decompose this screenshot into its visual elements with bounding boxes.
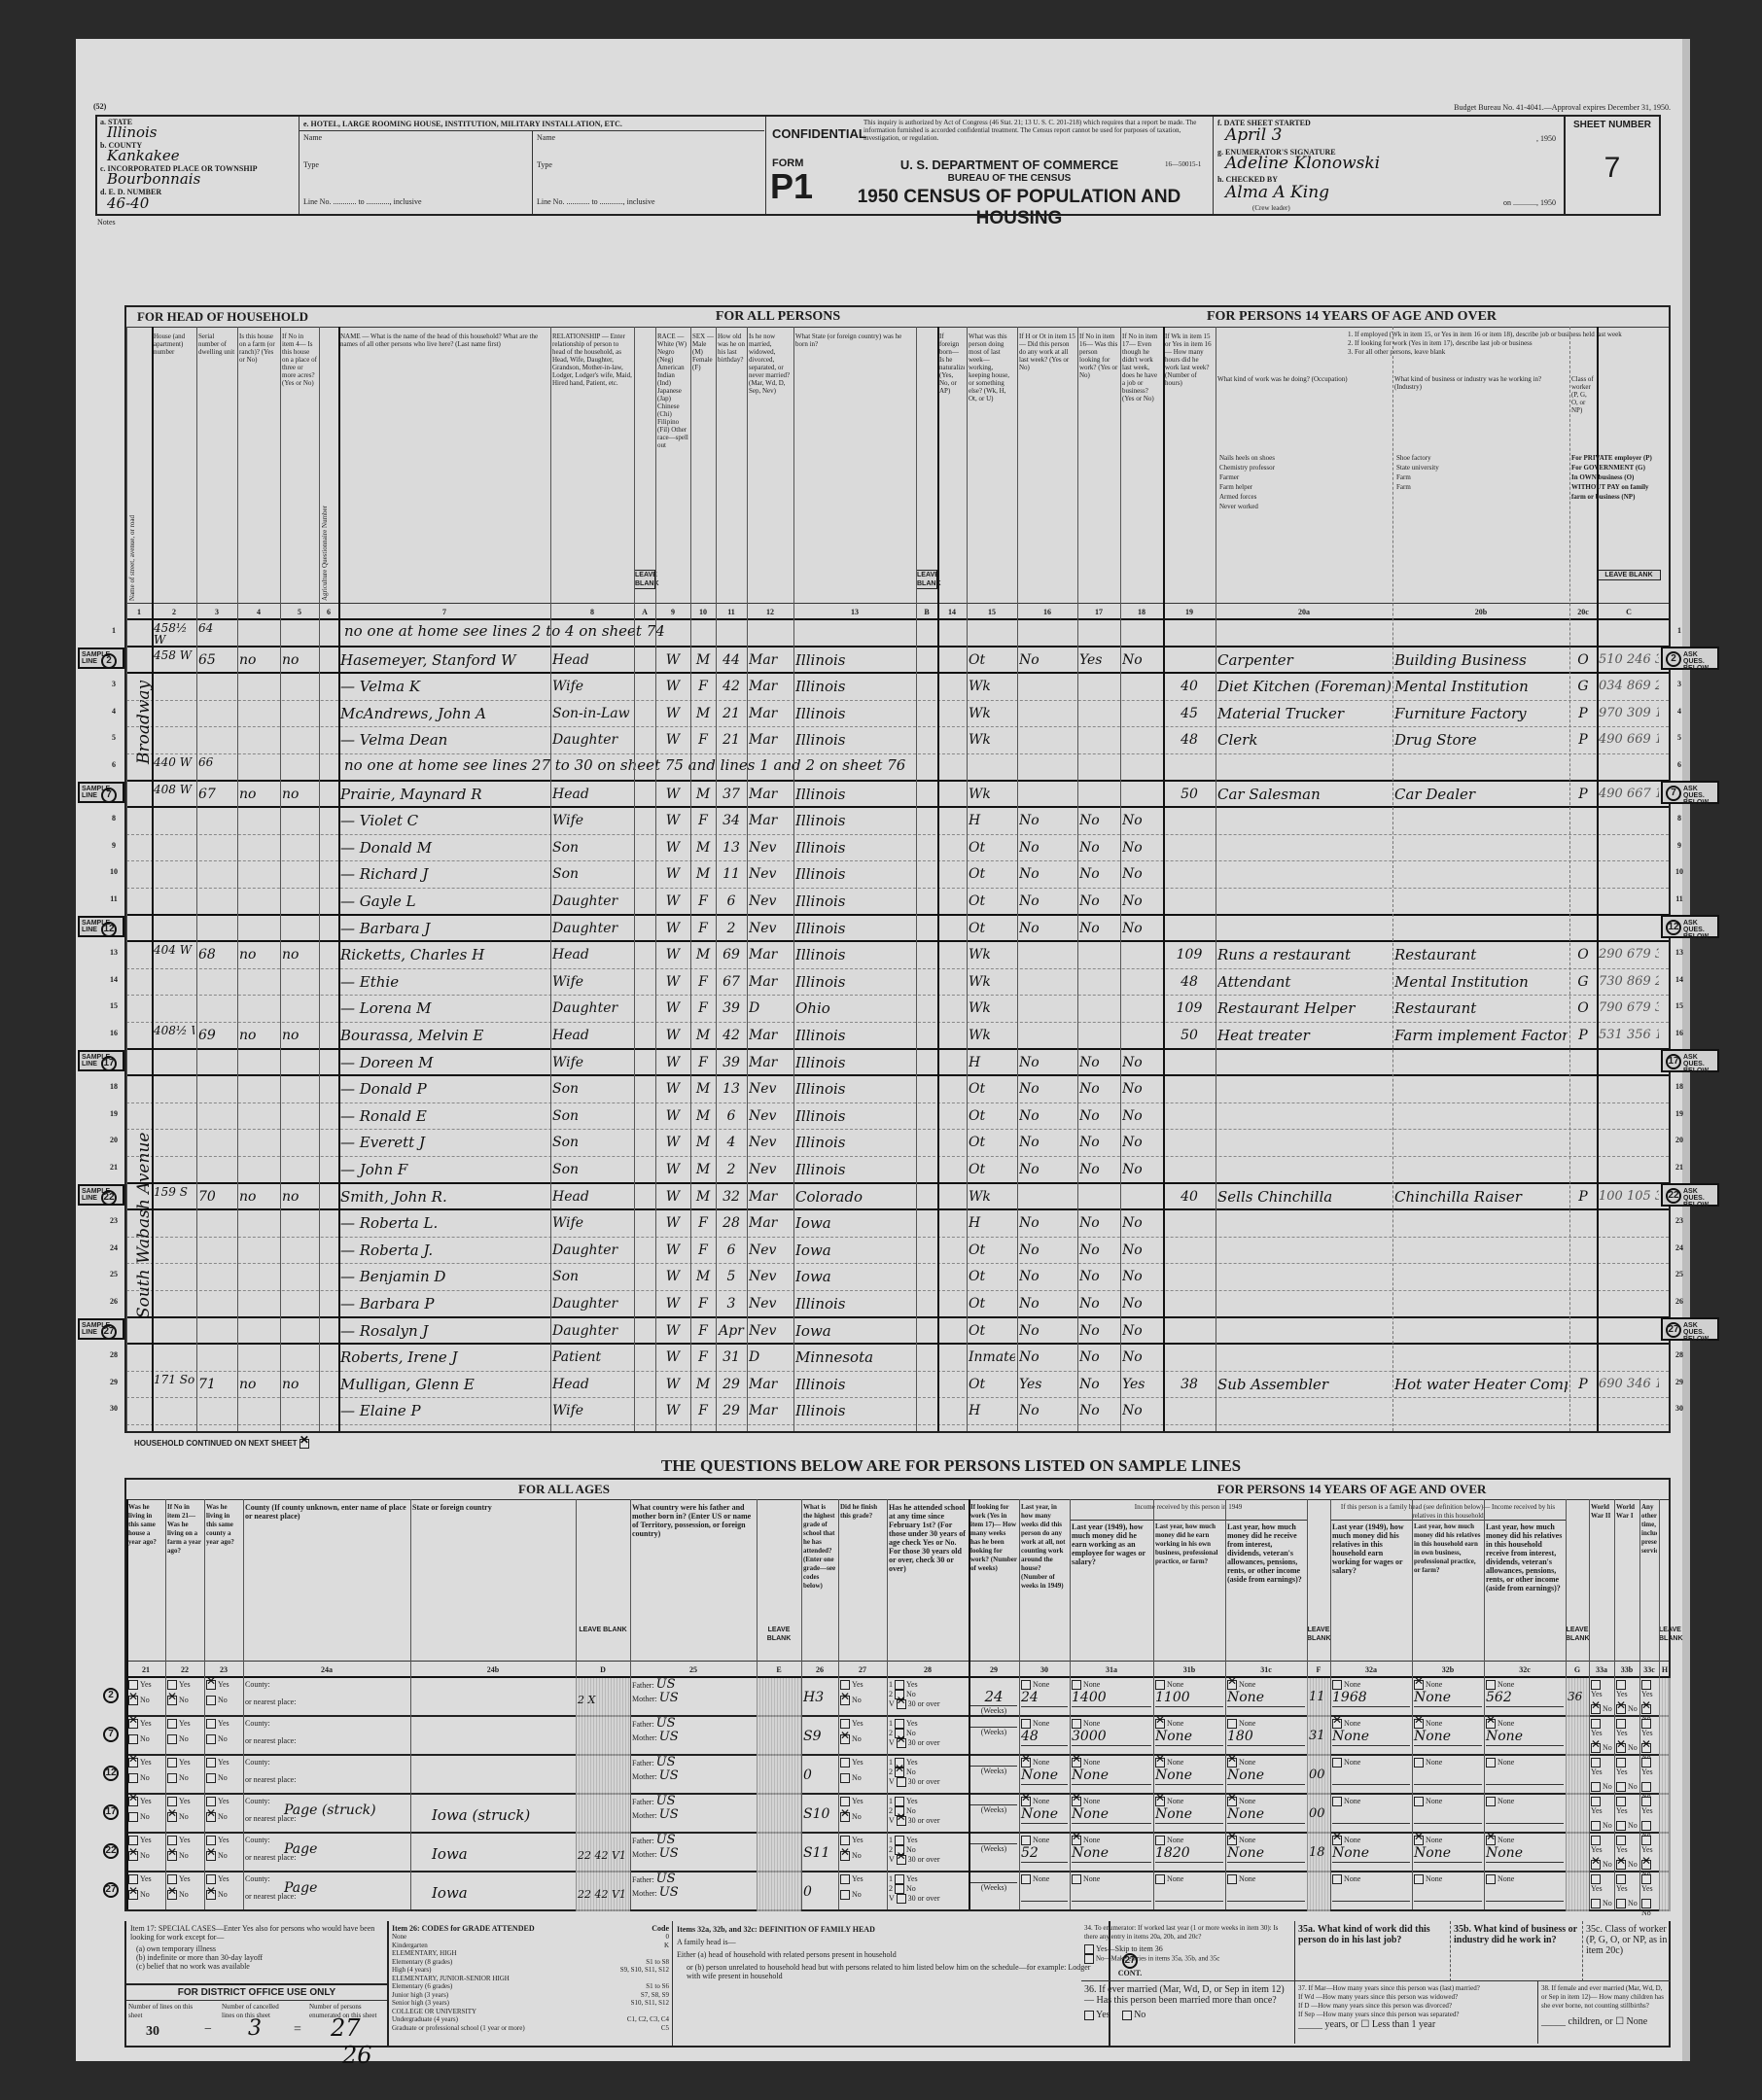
q21-no-checkbox[interactable] xyxy=(128,1773,138,1783)
county-value: Kankakee xyxy=(107,147,180,164)
q22-yes-checkbox[interactable] xyxy=(167,1836,177,1845)
q22-no-checkbox[interactable] xyxy=(167,1696,177,1705)
cell-activity: Wk xyxy=(969,973,1015,991)
q21-yes-checkbox[interactable] xyxy=(128,1680,138,1690)
school-yes[interactable] xyxy=(895,1680,904,1690)
q23-no-checkbox[interactable] xyxy=(206,1773,216,1783)
school-yes[interactable] xyxy=(895,1797,904,1806)
line-number: 20 xyxy=(1671,1136,1688,1144)
lower-heading-q32a: Last year (1949), how much money did his… xyxy=(1332,1522,1410,1659)
other_service-no-checkbox[interactable] xyxy=(1641,1743,1651,1753)
cell-born: Illinois xyxy=(795,1295,914,1312)
q22-no-checkbox[interactable] xyxy=(167,1890,177,1900)
lower-colnum-q23: 23 xyxy=(204,1665,243,1674)
rel_other-none[interactable] xyxy=(1486,1719,1496,1729)
q23-yes-checkbox[interactable] xyxy=(206,1874,216,1884)
rel_business-amount xyxy=(1414,1767,1482,1785)
q23-no-checkbox[interactable] xyxy=(206,1812,216,1822)
cell-sex: M xyxy=(692,705,714,722)
cell-age: 32 xyxy=(718,1188,745,1206)
cell-born: Ohio xyxy=(795,999,914,1017)
rel_business-none[interactable] xyxy=(1414,1680,1424,1690)
cell-race: W xyxy=(657,999,688,1017)
cell-born: Colorado xyxy=(795,1188,914,1206)
q22-yes-checkbox[interactable] xyxy=(167,1874,177,1884)
cell-born: Illinois xyxy=(795,1134,914,1151)
cell-born: Illinois xyxy=(795,1376,914,1393)
business-none[interactable] xyxy=(1155,1874,1165,1884)
colnum-c5: 5 xyxy=(280,608,319,616)
lower-colnum-q32a: 32a xyxy=(1330,1665,1412,1674)
other_service-yes-checkbox[interactable] xyxy=(1641,1836,1651,1845)
q36-no[interactable] xyxy=(1122,2011,1132,2020)
wages-amount: None xyxy=(1072,1767,1151,1785)
other_service-no-checkbox[interactable] xyxy=(1641,1782,1651,1792)
cell-looking: No xyxy=(1079,1134,1118,1151)
institution-label: e. HOTEL, LARGE ROOMING HOUSE, INSTITUTI… xyxy=(303,120,622,128)
cell-race: W xyxy=(657,865,688,883)
school-30-over[interactable] xyxy=(897,1855,906,1865)
q23-yes-checkbox[interactable] xyxy=(206,1797,216,1806)
cell-sex: F xyxy=(692,678,714,695)
institution-box: e. HOTEL, LARGE ROOMING HOUSE, INSTITUTI… xyxy=(300,117,766,214)
finish-yes-checkbox[interactable] xyxy=(840,1836,850,1845)
lower-colnum-F: F xyxy=(1307,1665,1330,1674)
school-30-over[interactable] xyxy=(897,1738,906,1748)
lower-heading-q27: Did he finish this grade? xyxy=(840,1503,885,1639)
class-of-worker-option: For GOVERNMENT (G) xyxy=(1571,463,1661,472)
finish-yes-checkbox[interactable] xyxy=(840,1797,850,1806)
finish-yes-checkbox[interactable] xyxy=(840,1719,850,1729)
line-number: 25 xyxy=(1671,1270,1688,1278)
cell-born: Illinois xyxy=(795,731,914,749)
q22-yes-checkbox[interactable] xyxy=(167,1719,177,1729)
cell-mar: Mar xyxy=(749,731,792,749)
business-none[interactable] xyxy=(1155,1836,1165,1845)
ww2-yes-checkbox[interactable] xyxy=(1591,1758,1601,1767)
wages-none[interactable] xyxy=(1072,1874,1081,1884)
rel_other-amount: None xyxy=(1486,1729,1564,1746)
cell-ind: Restaurant xyxy=(1394,946,1568,963)
grade-codes: Item 26: CODES for GRADE ATTENDEDCode No… xyxy=(389,1921,673,2046)
weeks_worked-amount: None xyxy=(1021,1806,1068,1824)
cell-name: — Lorena M xyxy=(340,999,548,1017)
cell-age: Apr xyxy=(718,1322,745,1340)
business-none[interactable] xyxy=(1155,1797,1165,1806)
cell-age: 6 xyxy=(718,1107,745,1125)
lower-heading-q22: If No in item 21— Was he living on a far… xyxy=(167,1503,202,1639)
code-d: 22 42 V1 xyxy=(578,1849,628,1862)
ask-questions-tag: 7ASK QUES. BELOW xyxy=(1661,781,1719,804)
heading-c11: How old was he on his last birthday? xyxy=(718,332,745,601)
ww2-no-checkbox[interactable] xyxy=(1591,1899,1601,1908)
rel_business-none[interactable] xyxy=(1414,1797,1424,1806)
checked-by-signature: Alma A King xyxy=(1225,183,1329,202)
cell-born: Illinois xyxy=(795,892,914,910)
state-answer: Iowa xyxy=(432,1845,574,1863)
cell-looking: No xyxy=(1079,1348,1118,1366)
school-yes[interactable] xyxy=(895,1874,904,1884)
finish-no-checkbox[interactable] xyxy=(840,1734,850,1744)
rel_other-none[interactable] xyxy=(1486,1836,1496,1845)
grade-answer: H3 xyxy=(803,1690,836,1705)
household-continued-checkbox[interactable] xyxy=(300,1439,309,1449)
wages-none[interactable] xyxy=(1072,1719,1081,1729)
ww2-yes-checkbox[interactable] xyxy=(1591,1836,1601,1845)
wages-none[interactable] xyxy=(1072,1680,1081,1690)
cell-age: 5 xyxy=(718,1268,745,1285)
grade-code-row: Undergraduate (4 years)C1, C2, C3, C4 xyxy=(392,2015,669,2024)
rel_wages-none[interactable] xyxy=(1332,1874,1342,1884)
other_service-no-checkbox[interactable] xyxy=(1641,1899,1651,1908)
grade-code-row: Senior high (3 years)S10, S11, S12 xyxy=(392,1999,669,2008)
cell-ind: Farm implement Factory xyxy=(1394,1027,1568,1044)
cell-acres: no xyxy=(282,946,317,963)
ww1-no-checkbox[interactable] xyxy=(1616,1743,1626,1753)
finish-yes-checkbox[interactable] xyxy=(840,1874,850,1884)
other_service-yes-checkbox[interactable] xyxy=(1641,1719,1651,1729)
cell-activity: H xyxy=(969,1402,1015,1419)
school-no[interactable] xyxy=(895,1767,904,1777)
heading-c12: Is he now married, widowed, divorced, se… xyxy=(749,332,792,601)
cell-occ: Attendant xyxy=(1217,973,1391,991)
cell-c: 290 679 3 xyxy=(1599,946,1659,963)
cell-born: Illinois xyxy=(795,946,914,963)
q21-no-checkbox[interactable] xyxy=(128,1734,138,1744)
business-none[interactable] xyxy=(1155,1680,1165,1690)
finish-no-checkbox[interactable] xyxy=(840,1773,850,1783)
cell-looking: No xyxy=(1079,1376,1118,1393)
date-value: April 3 xyxy=(1225,125,1282,145)
ww2-yes-checkbox[interactable] xyxy=(1591,1874,1601,1884)
cell-hours: 109 xyxy=(1165,999,1214,1017)
q34-no[interactable] xyxy=(1084,1954,1094,1964)
q23-no-checkbox[interactable] xyxy=(206,1890,216,1900)
cell-hours: 50 xyxy=(1165,1027,1214,1044)
grade-answer: S10 xyxy=(803,1806,836,1822)
cell-activity: Ot xyxy=(969,1295,1015,1312)
lower-colnum-q33a: 33a xyxy=(1589,1665,1614,1674)
colnum-c13: 13 xyxy=(793,608,916,616)
weeks_worked-none[interactable] xyxy=(1021,1758,1031,1767)
school-yes[interactable] xyxy=(895,1836,904,1845)
school-30-over[interactable] xyxy=(897,1894,906,1904)
wages-amount: 1400 xyxy=(1072,1690,1151,1707)
rel_business-none[interactable] xyxy=(1414,1719,1424,1729)
rel_business-none[interactable] xyxy=(1414,1758,1424,1767)
cell-name: — Velma Dean xyxy=(340,731,548,749)
ww2-no-checkbox[interactable] xyxy=(1591,1860,1601,1870)
cell-mar: Nev xyxy=(749,839,792,857)
cell-born: Illinois xyxy=(795,1161,914,1178)
q23-no-checkbox[interactable] xyxy=(206,1734,216,1744)
weeks_worked-none[interactable] xyxy=(1021,1719,1031,1729)
header-block: a. STATE Illinois b. COUNTY Kankakee c. … xyxy=(95,115,1661,216)
cell-c: 100 105 3 xyxy=(1599,1188,1659,1206)
ww1-yes-checkbox[interactable] xyxy=(1616,1874,1626,1884)
cell-mar: Mar xyxy=(749,786,792,803)
cell-rel: Son xyxy=(552,1161,632,1178)
lower-colnum-q33b: 33b xyxy=(1614,1665,1639,1674)
school-30-over[interactable] xyxy=(897,1699,906,1709)
line-number: 26 xyxy=(1671,1297,1688,1306)
example-industry: State university xyxy=(1396,463,1566,472)
weeks_worked-amount: 48 xyxy=(1021,1729,1068,1746)
q22-yes-checkbox[interactable] xyxy=(167,1680,177,1690)
q23-yes-checkbox[interactable] xyxy=(206,1758,216,1767)
cell-activity: Ot xyxy=(969,865,1015,883)
colnum-c11: 11 xyxy=(716,608,747,616)
ww1-yes-checkbox[interactable] xyxy=(1616,1719,1626,1729)
heading-c6: Agriculture Questionnaire Number xyxy=(321,332,336,601)
population-table: FOR HEAD OF HOUSEHOLD FOR ALL PERSONS FO… xyxy=(124,305,1671,1433)
q35b: 35b. What kind of business or industry d… xyxy=(1451,1921,1583,1981)
cell-born: Illinois xyxy=(795,839,914,857)
school-yes[interactable] xyxy=(895,1719,904,1729)
example-industry: Farm xyxy=(1396,482,1566,492)
other_service-no-checkbox[interactable] xyxy=(1641,1821,1651,1831)
ww2-no-checkbox[interactable] xyxy=(1591,1743,1601,1753)
cell-age: 2 xyxy=(718,1161,745,1178)
q21-yes-checkbox[interactable] xyxy=(128,1719,138,1729)
confidential-text: This inquiry is authorized by Act of Con… xyxy=(863,119,1209,142)
lines-value: 30 xyxy=(146,2024,159,2040)
q21-no-checkbox[interactable] xyxy=(128,1851,138,1861)
cell-rel: Son xyxy=(552,1080,632,1098)
weeks_worked-none[interactable] xyxy=(1021,1797,1031,1806)
cell-job: No xyxy=(1122,651,1161,669)
school-30-over[interactable] xyxy=(897,1816,906,1826)
cell-race: W xyxy=(657,1107,688,1125)
line-number: 23 xyxy=(105,1216,123,1225)
wages-none[interactable] xyxy=(1072,1836,1081,1845)
school-no[interactable] xyxy=(895,1884,904,1894)
cell-rel: Son xyxy=(552,1268,632,1285)
page-ref: (52) xyxy=(93,102,106,111)
other-none[interactable] xyxy=(1227,1874,1237,1884)
business-amount: 1100 xyxy=(1155,1690,1223,1707)
line-number: 6 xyxy=(105,760,123,769)
cell-activity: Wk xyxy=(969,1027,1015,1044)
cell-age: 42 xyxy=(718,678,745,695)
other-none[interactable] xyxy=(1227,1836,1237,1845)
cell-serial: 70 xyxy=(198,1188,235,1206)
other-none[interactable] xyxy=(1227,1758,1237,1767)
ww2-no-checkbox[interactable] xyxy=(1591,1782,1601,1792)
other_service-no-checkbox[interactable] xyxy=(1641,1860,1651,1870)
cell-acres: no xyxy=(282,1376,317,1393)
heading-c13: What State (or foreign country) was he b… xyxy=(795,332,914,601)
rel_wages-amount xyxy=(1332,1767,1410,1785)
line-number: 20 xyxy=(105,1136,123,1144)
cell-born: Illinois xyxy=(795,1027,914,1044)
wages-none[interactable] xyxy=(1072,1758,1081,1767)
ask-questions-tag: 22ASK QUES. BELOW xyxy=(1661,1183,1719,1207)
cell-looking: No xyxy=(1079,920,1118,937)
cell-sex: M xyxy=(692,1161,714,1178)
q23-no-checkbox[interactable] xyxy=(206,1851,216,1861)
cell-rel: Daughter xyxy=(552,999,632,1017)
cell-looking: No xyxy=(1079,892,1118,910)
q34-yes[interactable] xyxy=(1084,1944,1094,1954)
weeks_worked-none[interactable] xyxy=(1021,1680,1031,1690)
cell-activity: Ot xyxy=(969,1107,1015,1125)
line-number: 19 xyxy=(105,1109,123,1118)
line-number: 26 xyxy=(105,1297,123,1306)
cell-activity: Ot xyxy=(969,1242,1015,1259)
q21-no-checkbox[interactable] xyxy=(128,1890,138,1900)
lower-colnum-q29: 29 xyxy=(969,1665,1019,1674)
business-amount: None xyxy=(1155,1729,1223,1746)
q38-answer[interactable]: _____ children, or ☐ None xyxy=(1541,2016,1668,2027)
rel_business-none[interactable] xyxy=(1414,1836,1424,1845)
q21-yes-checkbox[interactable] xyxy=(128,1797,138,1806)
rel_other-none[interactable] xyxy=(1486,1680,1496,1690)
cell-activity: Ot xyxy=(969,1080,1015,1098)
line-number: 21 xyxy=(1671,1163,1688,1172)
cell-activity: H xyxy=(969,1214,1015,1232)
census-sheet: (52) Budget Bureau No. 41-4041.—Approval… xyxy=(76,39,1690,2061)
q22-no-checkbox[interactable] xyxy=(167,1851,177,1861)
inst-name-2: Name xyxy=(533,131,764,144)
line-number: 14 xyxy=(105,975,123,984)
q21-yes-checkbox[interactable] xyxy=(128,1874,138,1884)
ww2-no-checkbox[interactable] xyxy=(1591,1704,1601,1714)
q23-yes-checkbox[interactable] xyxy=(206,1719,216,1729)
colnum-c1: 1 xyxy=(126,608,152,616)
q37-answer[interactable]: _____ years, or ☐ Less than 1 year xyxy=(1298,2019,1534,2030)
ww2-yes-checkbox[interactable] xyxy=(1591,1719,1601,1729)
cell-rel: Daughter xyxy=(552,920,632,937)
cell-race: W xyxy=(657,1322,688,1340)
lower-heading-q28: Has he attended school at any time since… xyxy=(889,1503,967,1639)
finish-no-checkbox[interactable] xyxy=(840,1812,850,1822)
ww1-no-checkbox[interactable] xyxy=(1616,1860,1626,1870)
line-number: 15 xyxy=(1671,1001,1688,1010)
cell-activity: Ot xyxy=(969,920,1015,937)
rel_wages-none[interactable] xyxy=(1332,1836,1342,1845)
q22-yes-checkbox[interactable] xyxy=(167,1797,177,1806)
q22-yes-checkbox[interactable] xyxy=(167,1758,177,1767)
cell-rel: Daughter xyxy=(552,731,632,749)
finish-no-checkbox[interactable] xyxy=(840,1890,850,1900)
rel_wages-none[interactable] xyxy=(1332,1680,1342,1690)
ww2-yes-checkbox[interactable] xyxy=(1591,1797,1601,1806)
ww1-no-checkbox[interactable] xyxy=(1616,1821,1626,1831)
rel_other-none[interactable] xyxy=(1486,1758,1496,1767)
q23-yes-checkbox[interactable] xyxy=(206,1836,216,1845)
rel_other-none[interactable] xyxy=(1486,1797,1496,1806)
special-case-a: (a) own temporary illness xyxy=(126,1944,387,1953)
rel_wages-none[interactable] xyxy=(1332,1719,1342,1729)
ww1-no-checkbox[interactable] xyxy=(1616,1899,1626,1908)
table-row: 159 S70nonoSmith, John R.HeadWM32MarColo… xyxy=(126,1184,1669,1211)
other-none[interactable] xyxy=(1227,1797,1237,1806)
rel_business-none[interactable] xyxy=(1414,1874,1424,1884)
rel_other-none[interactable] xyxy=(1486,1874,1496,1884)
other_service-yes-checkbox[interactable] xyxy=(1641,1874,1651,1884)
other_service-yes-checkbox[interactable] xyxy=(1641,1797,1651,1806)
q21-yes-checkbox[interactable] xyxy=(128,1758,138,1767)
rel_other-amount xyxy=(1486,1767,1564,1785)
cell-sex: F xyxy=(692,999,714,1017)
finish-no-checkbox[interactable] xyxy=(840,1696,850,1705)
ww1-yes-checkbox[interactable] xyxy=(1616,1797,1626,1806)
q22-no-checkbox[interactable] xyxy=(167,1812,177,1822)
cell-rel: Son xyxy=(552,1134,632,1151)
table-row: no one at home see lines 27 to 30 on she… xyxy=(126,754,1669,782)
other_service-yes-checkbox[interactable] xyxy=(1641,1758,1651,1767)
colnum-c10: 10 xyxy=(690,608,716,616)
q22-no-checkbox[interactable] xyxy=(167,1773,177,1783)
cell-c: 531 356 1 xyxy=(1599,1027,1659,1044)
cell-job: No xyxy=(1122,1242,1161,1259)
weeks_worked-none[interactable] xyxy=(1021,1836,1031,1845)
cell-sex: F xyxy=(692,1214,714,1232)
q21-no-checkbox[interactable] xyxy=(128,1696,138,1705)
finish-yes-checkbox[interactable] xyxy=(840,1758,850,1767)
table-row: — Donald PSonWM13NevIllinoisOtNoNoNo xyxy=(126,1076,1669,1103)
q36-yes[interactable] xyxy=(1084,2011,1094,2020)
cell-sex: M xyxy=(692,1376,714,1393)
wages-none[interactable] xyxy=(1072,1797,1081,1806)
q23-yes-checkbox[interactable] xyxy=(206,1680,216,1690)
rel_wages-none[interactable] xyxy=(1332,1797,1342,1806)
ww1-yes-checkbox[interactable] xyxy=(1616,1758,1626,1767)
q21-no-checkbox[interactable] xyxy=(128,1812,138,1822)
finish-yes-checkbox[interactable] xyxy=(840,1680,850,1690)
cell-age: 37 xyxy=(718,786,745,803)
q23-no-checkbox[interactable] xyxy=(206,1696,216,1705)
colnum-B: B xyxy=(916,608,937,616)
business-none[interactable] xyxy=(1155,1758,1165,1767)
ww2-no-checkbox[interactable] xyxy=(1591,1821,1601,1831)
cell-looking: No xyxy=(1079,1214,1118,1232)
cell-born: Illinois xyxy=(795,1054,914,1071)
cell-mar: Mar xyxy=(749,678,792,695)
finish-no-checkbox[interactable] xyxy=(840,1851,850,1861)
ww2-yes-checkbox[interactable] xyxy=(1591,1680,1601,1690)
ww1-no-checkbox[interactable] xyxy=(1616,1782,1626,1792)
cell-job: No xyxy=(1122,1080,1161,1098)
business-none[interactable] xyxy=(1155,1719,1165,1729)
weeks_worked-none[interactable] xyxy=(1021,1874,1031,1884)
cell-name: — Barbara J xyxy=(340,920,548,937)
state-answer: Iowa (struck) xyxy=(432,1806,574,1824)
cell-born: Illinois xyxy=(795,1080,914,1098)
other_service-yes-checkbox[interactable] xyxy=(1641,1680,1651,1690)
section-all-ages: FOR ALL AGES xyxy=(321,1482,807,1497)
other_service-no-checkbox[interactable] xyxy=(1641,1704,1651,1714)
q22-no-checkbox[interactable] xyxy=(167,1734,177,1744)
cell-c: 490 669 1 xyxy=(1599,731,1659,749)
ww1-no-checkbox[interactable] xyxy=(1616,1704,1626,1714)
lower-colnum-D: D xyxy=(576,1665,630,1674)
school-30-over[interactable] xyxy=(897,1777,906,1787)
q21-yes-checkbox[interactable] xyxy=(128,1836,138,1845)
cell-looking: No xyxy=(1079,1295,1118,1312)
other-none[interactable] xyxy=(1227,1680,1237,1690)
cell-activity: Wk xyxy=(969,731,1015,749)
rel_wages-none[interactable] xyxy=(1332,1758,1342,1767)
ww1-yes-checkbox[interactable] xyxy=(1616,1680,1626,1690)
cell-age: 21 xyxy=(718,731,745,749)
cell-serial: 65 xyxy=(198,651,235,669)
other-none[interactable] xyxy=(1227,1719,1237,1729)
cell-age: 2 xyxy=(718,920,745,937)
colnum-c3: 3 xyxy=(196,608,237,616)
ww1-yes-checkbox[interactable] xyxy=(1616,1836,1626,1845)
